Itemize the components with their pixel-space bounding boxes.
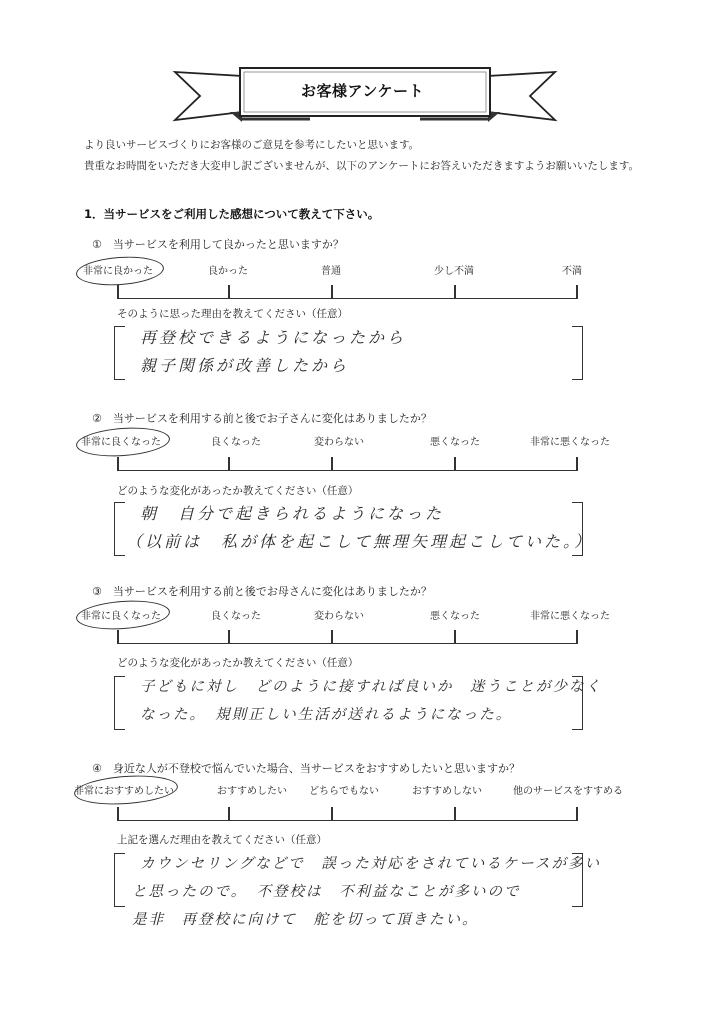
q3-answer-line-1: 子どもに対し どのように接すれば良いか 迷うことが少なく (140, 675, 602, 696)
q1-answer-bracket-right (572, 326, 583, 380)
q3-option-3[interactable]: 変わらない (314, 607, 364, 622)
q1-answer-line-1: 再登校できるようになったから (140, 325, 406, 348)
q2-reason-label: どのような変化があったか教えてください（任意） (117, 483, 358, 498)
intro-line-1: より良いサービスづくりにお客様のご意見を参考にしたいと思います。 (84, 137, 419, 152)
question-2-title: ② 当サービスを利用する前と後でお子さんに変化はありましたか？ (92, 410, 432, 426)
q3-option-5[interactable]: 非常に悪くなった (530, 607, 610, 622)
q1-option-3[interactable]: 普通 (321, 262, 341, 277)
q4-answer-line-3: 是非 再登校に向けて 舵を切って頂きたい。 (132, 908, 479, 929)
q3-option-1[interactable]: 非常に良くなった (81, 607, 161, 622)
q2-option-1[interactable]: 非常に良くなった (81, 433, 161, 448)
q4-answer-bracket-left (114, 853, 125, 907)
question-4-title: ④ 身近な人が不登校で悩んでいた場合、当サービスをおすすめしたいと思いますか？ (92, 760, 520, 776)
intro-line-2: 貴重なお時間をいただき大変申し訳ございませんが、以下のアンケートにお答えいただき… (84, 158, 639, 173)
q4-reason-label: 上記を選んだ理由を教えてください（任意） (117, 832, 327, 847)
question-3-title: ③ 当サービスを利用する前と後でお母さんに変化はありましたか？ (92, 583, 432, 599)
q2-answer-line-1: 朝 自分で起きられるようになった (140, 501, 444, 524)
q4-option-1[interactable]: 非常におすすめしたい (74, 782, 174, 797)
q2-answer-bracket-left (114, 502, 125, 556)
q2-option-5[interactable]: 非常に悪くなった (530, 433, 610, 448)
q1-rating-scale[interactable] (117, 284, 578, 299)
page-title: お客様アンケート (240, 80, 485, 101)
q3-option-2[interactable]: 良くなった (211, 607, 261, 622)
q2-answer-line-2: （以前は 私が体を起こして無理矢理起こしていた。） (126, 529, 593, 552)
q3-answer-line-2: なった。 規則正しい生活が送れるようになった。 (140, 703, 512, 724)
q1-reason-label: そのように思った理由を教えてください（任意） (117, 306, 348, 321)
q4-rating-scale[interactable] (117, 806, 578, 821)
q1-option-2[interactable]: 良かった (208, 262, 248, 277)
q2-rating-scale[interactable] (117, 456, 578, 471)
q3-option-4[interactable]: 悪くなった (430, 607, 480, 622)
q4-option-4[interactable]: おすすめしない (412, 782, 482, 797)
q2-option-3[interactable]: 変わらない (314, 433, 364, 448)
q3-rating-scale[interactable] (117, 629, 578, 644)
q3-answer-bracket-left (114, 676, 125, 730)
q4-answer-line-2: と思ったので。 不登校は 不利益なことが多いので (132, 880, 520, 901)
q4-option-2[interactable]: おすすめしたい (217, 782, 287, 797)
q2-option-4[interactable]: 悪くなった (430, 433, 480, 448)
q2-option-2[interactable]: 良くなった (211, 433, 261, 448)
q1-option-1[interactable]: 非常に良かった (83, 262, 153, 277)
q1-answer-line-2: 親子関係が改善したから (140, 353, 349, 376)
q1-answer-bracket-left (114, 326, 125, 380)
q1-option-5[interactable]: 不満 (562, 262, 582, 277)
q4-option-3[interactable]: どちらでもない (309, 782, 379, 797)
q1-option-4[interactable]: 少し不満 (434, 262, 474, 277)
section-1-heading: 1．当サービスをご利用した感想について教えて下さい。 (84, 206, 379, 222)
question-1-title: ① 当サービスを利用して良かったと思いますか？ (92, 236, 344, 252)
q4-answer-line-1: カウンセリングなどで 誤った対応をされているケースが多い (140, 852, 601, 873)
q3-reason-label: どのような変化があったか教えてください（任意） (117, 655, 358, 670)
q4-option-5[interactable]: 他のサービスをすすめる (513, 782, 623, 797)
